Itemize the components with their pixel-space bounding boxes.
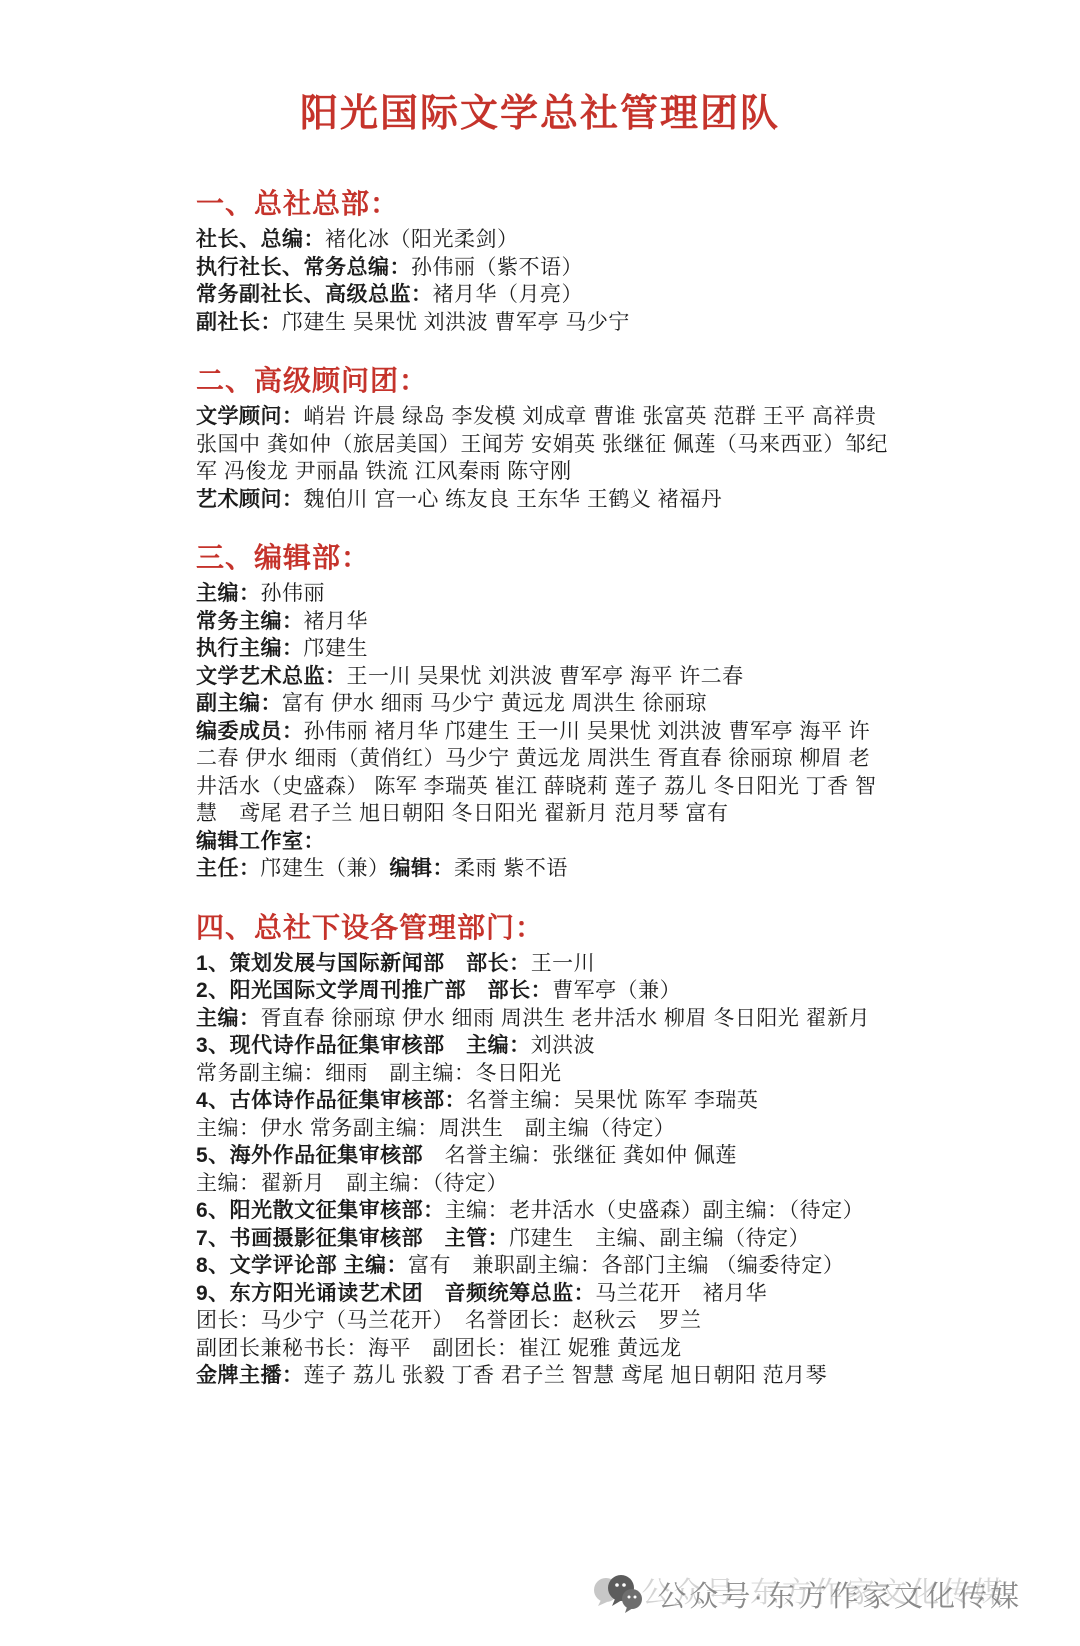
names-text: 张国中 龚如仲（旅居美国）王闻芳 安娟英 张继征 佩莲（马来西亚）邹纪 [196, 433, 888, 456]
names-text: 主编：老井活水（史盛森）副主编：（待定） [445, 1199, 865, 1222]
label-text: 艺术顾问： [196, 488, 304, 511]
label-text: 主任： [196, 857, 261, 880]
text-line: 艺术顾问：魏伯川 宫一心 练友良 王东华 王鹤义 褚福丹 [196, 486, 1050, 514]
section-senior-advisors: 二、高级顾问团：文学顾问：峭岩 许晨 绿岛 李发模 刘成章 曹谁 张富英 范群 … [196, 363, 1050, 513]
names-text: 名誉主编：吴果忧 陈军 李瑞英 [466, 1089, 758, 1112]
names-text: 主编：伊水 常务副主编：周洪生 副主编（待定） [196, 1117, 675, 1140]
names-text: 胥直春 徐丽琼 伊水 细雨 周洪生 老井活水 柳眉 冬日阳光 翟新月 [261, 1007, 871, 1030]
text-line: 副主编：富有 伊水 细雨 马少宁 黄远龙 周洪生 徐丽琼 [196, 690, 1050, 718]
names-text: 曹军亭（兼） [552, 979, 681, 1002]
label-text: 9、东方阳光诵读艺术团 音频统筹总监： [196, 1282, 595, 1305]
names-text: 主编：翟新月 副主编：（待定） [196, 1172, 508, 1195]
text-line: 4、古体诗作品征集审核部：名誉主编：吴果忧 陈军 李瑞英 [196, 1087, 1050, 1115]
label-text: 编委成员： [196, 720, 304, 743]
names-text: 孙伟丽（紫不语） [411, 256, 583, 279]
names-text: 军 冯俊龙 尹丽晶 铁流 江风秦雨 陈守刚 [196, 460, 572, 483]
text-line: 1、策划发展与国际新闻部 部长：王一川 [196, 950, 1050, 978]
names-text: 二春 伊水 细雨（黄俏红）马少宁 黄远龙 周洪生 胥直春 徐丽琼 柳眉 老 [196, 747, 870, 770]
label-text: 编辑工作室： [196, 830, 325, 853]
label-text: 主编： [196, 1007, 261, 1030]
text-line: 3、现代诗作品征集审核部 主编：刘洪波 [196, 1032, 1050, 1060]
names-text: 褚化冰（阳光柔剑） [325, 228, 519, 251]
label-text: 金牌主播： [196, 1364, 304, 1387]
text-line: 主编：翟新月 副主编：（待定） [196, 1170, 1050, 1198]
sections-container: 一、总社总部：社长、总编：褚化冰（阳光柔剑）执行社长、常务总编：孙伟丽（紫不语）… [0, 136, 1080, 1390]
text-line: 副团长兼秘书长：海平 副团长：崔江 妮雅 黄远龙 [196, 1335, 1050, 1363]
names-text: 邝建生 吴果忧 刘洪波 曹军亭 马少宁 [282, 311, 630, 334]
text-line: 常务副社长、高级总监：褚月华（月亮） [196, 281, 1050, 309]
label-text: 7、书画摄影征集审核部 主管： [196, 1227, 509, 1250]
text-line: 7、书画摄影征集审核部 主管：邝建生 主编、副主编（待定） [196, 1225, 1050, 1253]
names-text: 名誉主编：张继征 龚如仲 佩莲 [423, 1144, 737, 1167]
label-text: 主编： [196, 582, 261, 605]
text-line: 二春 伊水 细雨（黄俏红）马少宁 黄远龙 周洪生 胥直春 徐丽琼 柳眉 老 [196, 745, 1050, 773]
names-text: 邝建生 主编、副主编（待定） [509, 1227, 810, 1250]
names-text: 王一川 吴果忧 刘洪波 曹军亭 海平 许二春 [347, 665, 744, 688]
label-text: 副社长： [196, 311, 282, 334]
names-text: 褚月华（月亮） [433, 283, 584, 306]
names-text: 刘洪波 [531, 1034, 596, 1057]
label-text: 文学艺术总监： [196, 665, 347, 688]
text-line: 慧 鸢尾 君子兰 旭日朝阳 冬日阳光 翟新月 范月琴 富有 [196, 800, 1050, 828]
section-headquarters: 一、总社总部：社长、总编：褚化冰（阳光柔剑）执行社长、常务总编：孙伟丽（紫不语）… [196, 186, 1050, 336]
text-line: 团长：马少宁（马兰花开） 名誉团长：赵秋云 罗兰 [196, 1307, 1050, 1335]
label-text: 1、策划发展与国际新闻部 部长： [196, 952, 531, 975]
names-text: 慧 鸢尾 君子兰 旭日朝阳 冬日阳光 翟新月 范月琴 富有 [196, 802, 729, 825]
names-text: 褚月华 [304, 610, 369, 633]
text-line: 主编：胥直春 徐丽琼 伊水 细雨 周洪生 老井活水 柳眉 冬日阳光 翟新月 [196, 1005, 1050, 1033]
names-text: 柔雨 紫不语 [454, 857, 568, 880]
text-line: 张国中 龚如仲（旅居美国）王闻芳 安娟英 张继征 佩莲（马来西亚）邹纪 [196, 431, 1050, 459]
text-line: 金牌主播：莲子 荔儿 张毅 丁香 君子兰 智慧 鸢尾 旭日朝阳 范月琴 [196, 1362, 1050, 1390]
section-editorial-department: 三、编辑部：主编：孙伟丽常务主编：褚月华执行主编：邝建生文学艺术总监：王一川 吴… [196, 540, 1050, 883]
text-line: 编委成员：孙伟丽 褚月华 邝建生 王一川 吴果忧 刘洪波 曹军亭 海平 许 [196, 718, 1050, 746]
section-heading: 一、总社总部： [196, 186, 1050, 222]
label-text: 6、阳光散文征集审核部： [196, 1199, 445, 1222]
text-line: 文学艺术总监：王一川 吴果忧 刘洪波 曹军亭 海平 许二春 [196, 663, 1050, 691]
label-text: 3、现代诗作品征集审核部 主编： [196, 1034, 531, 1057]
names-text: 邝建生（兼） [261, 857, 390, 880]
section-heading: 三、编辑部： [196, 540, 1050, 576]
text-line: 常务副主编：细雨 副主编：冬日阳光 [196, 1060, 1050, 1088]
text-line: 主编：孙伟丽 [196, 580, 1050, 608]
label-text: 副主编： [196, 692, 282, 715]
names-text: 富有 兼职副主编：各部门主编 （编委待定） [408, 1254, 844, 1277]
text-line: 编辑工作室： [196, 828, 1050, 856]
text-line: 9、东方阳光诵读艺术团 音频统筹总监：马兰花开 褚月华 [196, 1280, 1050, 1308]
watermark-text-wrap: 公众号·东方作家文化传媒 公众号·东方作家文化传媒 [657, 1574, 1022, 1615]
label-text: 5、海外作品征集审核部 [196, 1144, 423, 1167]
label-text: 8、文学评论部 主编： [196, 1254, 408, 1277]
watermark: 公众号·东方作家文化传媒 公众号·东方作家文化传媒 [593, 1572, 1022, 1616]
text-line: 5、海外作品征集审核部 名誉主编：张继征 龚如仲 佩莲 [196, 1142, 1050, 1170]
names-text: 莲子 荔儿 张毅 丁香 君子兰 智慧 鸢尾 旭日朝阳 范月琴 [304, 1364, 828, 1387]
text-line: 执行社长、常务总编：孙伟丽（紫不语） [196, 254, 1050, 282]
text-line: 井活水（史盛森） 陈军 李瑞英 崔江 薛晓莉 莲子 荔儿 冬日阳光 丁香 智 [196, 773, 1050, 801]
text-line: 执行主编：邝建生 [196, 635, 1050, 663]
text-line: 8、文学评论部 主编：富有 兼职副主编：各部门主编 （编委待定） [196, 1252, 1050, 1280]
text-line: 主编：伊水 常务副主编：周洪生 副主编（待定） [196, 1115, 1050, 1143]
text-line: 文学顾问：峭岩 许晨 绿岛 李发模 刘成章 曹谁 张富英 范群 王平 高祥贵 [196, 403, 1050, 431]
names-text: 马兰花开 褚月华 [595, 1282, 767, 1305]
label-text: 文学顾问： [196, 405, 304, 428]
label-text: 常务副社长、高级总监： [196, 283, 433, 306]
page-title: 阳光国际文学总社管理团队 [0, 0, 1080, 136]
section-heading: 四、总社下设各管理部门： [196, 910, 1050, 946]
document-page: 阳光国际文学总社管理团队 一、总社总部：社长、总编：褚化冰（阳光柔剑）执行社长、… [0, 0, 1080, 1646]
text-line: 2、阳光国际文学周刊推广部 部长：曹军亭（兼） [196, 977, 1050, 1005]
names-text: 孙伟丽 [261, 582, 326, 605]
text-line: 军 冯俊龙 尹丽晶 铁流 江风秦雨 陈守刚 [196, 458, 1050, 486]
text-line: 社长、总编：褚化冰（阳光柔剑） [196, 226, 1050, 254]
names-text: 副团长兼秘书长：海平 副团长：崔江 妮雅 黄远龙 [196, 1337, 682, 1360]
label-text: 社长、总编： [196, 228, 325, 251]
names-text: 魏伯川 宫一心 练友良 王东华 王鹤义 褚福丹 [304, 488, 723, 511]
label-text: 4、古体诗作品征集审核部： [196, 1089, 466, 1112]
names-text: 常务副主编：细雨 副主编：冬日阳光 [196, 1062, 562, 1085]
names-text: 邝建生 [304, 637, 369, 660]
text-line: 副社长：邝建生 吴果忧 刘洪波 曹军亭 马少宁 [196, 309, 1050, 337]
label-text: 2、阳光国际文学周刊推广部 部长： [196, 979, 552, 1002]
label-text: 编辑： [390, 857, 455, 880]
section-departments: 四、总社下设各管理部门：1、策划发展与国际新闻部 部长：王一川2、阳光国际文学周… [196, 910, 1050, 1390]
text-line: 6、阳光散文征集审核部：主编：老井活水（史盛森）副主编：（待定） [196, 1197, 1050, 1225]
section-heading: 二、高级顾问团： [196, 363, 1050, 399]
names-text: 富有 伊水 细雨 马少宁 黄远龙 周洪生 徐丽琼 [282, 692, 707, 715]
names-text: 井活水（史盛森） 陈军 李瑞英 崔江 薛晓莉 莲子 荔儿 冬日阳光 丁香 智 [196, 775, 877, 798]
names-text: 峭岩 许晨 绿岛 李发模 刘成章 曹谁 张富英 范群 王平 高祥贵 [304, 405, 877, 428]
watermark-text: 公众号·东方作家文化传媒 [657, 1581, 1022, 1613]
names-text: 孙伟丽 褚月华 邝建生 王一川 吴果忧 刘洪波 曹军亭 海平 许 [304, 720, 871, 743]
names-text: 王一川 [531, 952, 596, 975]
names-text: 团长：马少宁（马兰花开） 名誉团长：赵秋云 罗兰 [196, 1309, 702, 1332]
label-text: 执行主编： [196, 637, 304, 660]
text-line: 主任：邝建生（兼）编辑：柔雨 紫不语 [196, 855, 1050, 883]
label-text: 执行社长、常务总编： [196, 256, 411, 279]
label-text: 常务主编： [196, 610, 304, 633]
text-line: 常务主编：褚月华 [196, 608, 1050, 636]
